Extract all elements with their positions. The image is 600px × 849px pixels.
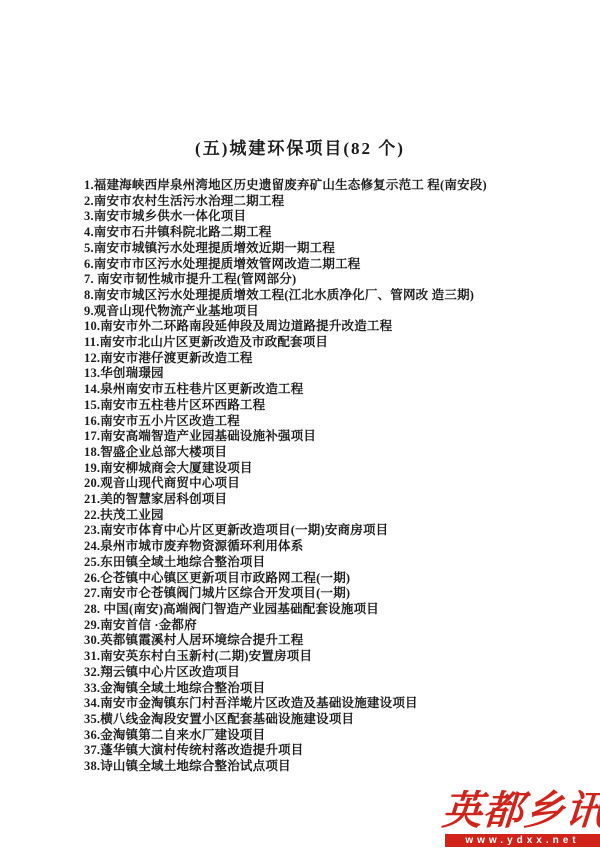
list-item: 22.扶茂工业园	[84, 508, 584, 524]
list-item: 24.泉州市城市废弃物资源循环利用体系	[84, 539, 584, 555]
list-item: 4.南安市石井镇科院北路二期工程	[84, 225, 584, 241]
watermark: 英都乡讯 www.ydxx.net	[442, 788, 600, 847]
list-item: 7. 南安市韧性城市提升工程(管网部分)	[84, 272, 584, 288]
list-item: 27.南安市仑苍镇阀门城片区综合开发项目(一期)	[84, 586, 584, 602]
list-item: 10.南安市外二环路南段延伸段及周边道路提升改造工程	[84, 319, 584, 335]
watermark-logo-text: 英都乡讯	[440, 788, 599, 834]
list-item: 15.南安市五柱巷片区环西路工程	[84, 398, 584, 414]
list-item: 20.观音山现代商贸中心项目	[84, 476, 584, 492]
list-item: 6.南安市市区污水处理提质增效管网改造二期工程	[84, 257, 584, 273]
list-item: 14.泉州南安市五柱巷片区更新改造工程	[84, 382, 584, 398]
list-item: 16.南安市五小片区改造工程	[84, 414, 584, 430]
list-item: 29.南安首信 ·金都府	[84, 618, 584, 634]
list-item: 34.南安市金淘镇东门村吾洋墘片区改造及基础设施建设项目	[84, 696, 584, 712]
list-item: 30.英都镇霞溪村人居环境综合提升工程	[84, 633, 584, 649]
list-item: 38.诗山镇全域土地综合整治试点项目	[84, 759, 584, 775]
document-page: (五)城建环保项目(82 个) 1.福建海峡西岸泉州湾地区历史遗留废弃矿山生态修…	[0, 0, 600, 849]
list-item: 19.南安柳城商会大厦建设项目	[84, 461, 584, 477]
project-list: 1.福建海峡西岸泉州湾地区历史遗留废弃矿山生态修复示范工 程(南安段)2.南安市…	[84, 178, 584, 775]
list-item: 25.东田镇全域土地综合整治项目	[84, 555, 584, 571]
list-item: 36.金淘镇第二自来水厂建设项目	[84, 728, 584, 744]
list-item: 13.华创瑞璟园	[84, 366, 584, 382]
list-item: 37.蓬华镇大演村传统村落改造提升项目	[84, 743, 584, 759]
list-item: 11.南安市北山片区更新改造及市政配套项目	[84, 335, 584, 351]
list-item: 8.南安市城区污水处理提质增效工程(江北水质净化厂、管网改 造三期)	[84, 288, 584, 304]
list-item: 5.南安市城镇污水处理提质增效近期一期工程	[84, 241, 584, 257]
list-item: 1.福建海峡西岸泉州湾地区历史遗留废弃矿山生态修复示范工 程(南安段)	[84, 178, 584, 194]
watermark-url-bar: www.ydxx.net	[445, 834, 600, 847]
watermark-url-text: www.ydxx.net	[465, 834, 579, 847]
list-item: 18.智盛企业总部大楼项目	[84, 445, 584, 461]
list-item: 2.南安市农村生活污水治理二期工程	[84, 194, 584, 210]
list-item: 21.美的智慧家居科创项目	[84, 492, 584, 508]
list-item: 12.南安市港仔渡更新改造工程	[84, 351, 584, 367]
list-item: 33.金淘镇全域土地综合整治项目	[84, 681, 584, 697]
list-item: 17.南安高端智造产业园基础设施补强项目	[84, 429, 584, 445]
page-title: (五)城建环保项目(82 个)	[0, 134, 600, 159]
list-item: 9.观音山现代物流产业基地项目	[84, 304, 584, 320]
list-item: 3.南安市城乡供水一体化项目	[84, 209, 584, 225]
list-item: 28. 中国(南安)高端阀门智造产业园基础配套设施项目	[84, 602, 584, 618]
list-item: 32.翔云镇中心片区改造项目	[84, 665, 584, 681]
list-item: 26.仑苍镇中心镇区更新项目市政路网工程(一期)	[84, 571, 584, 587]
list-item: 31.南安英东村白玉新村(二期)安置房项目	[84, 649, 584, 665]
list-item: 23.南安市体育中心片区更新改造项目(一期)安商房项目	[84, 523, 584, 539]
list-item: 35.横八线金淘段安置小区配套基础设施建设项目	[84, 712, 584, 728]
